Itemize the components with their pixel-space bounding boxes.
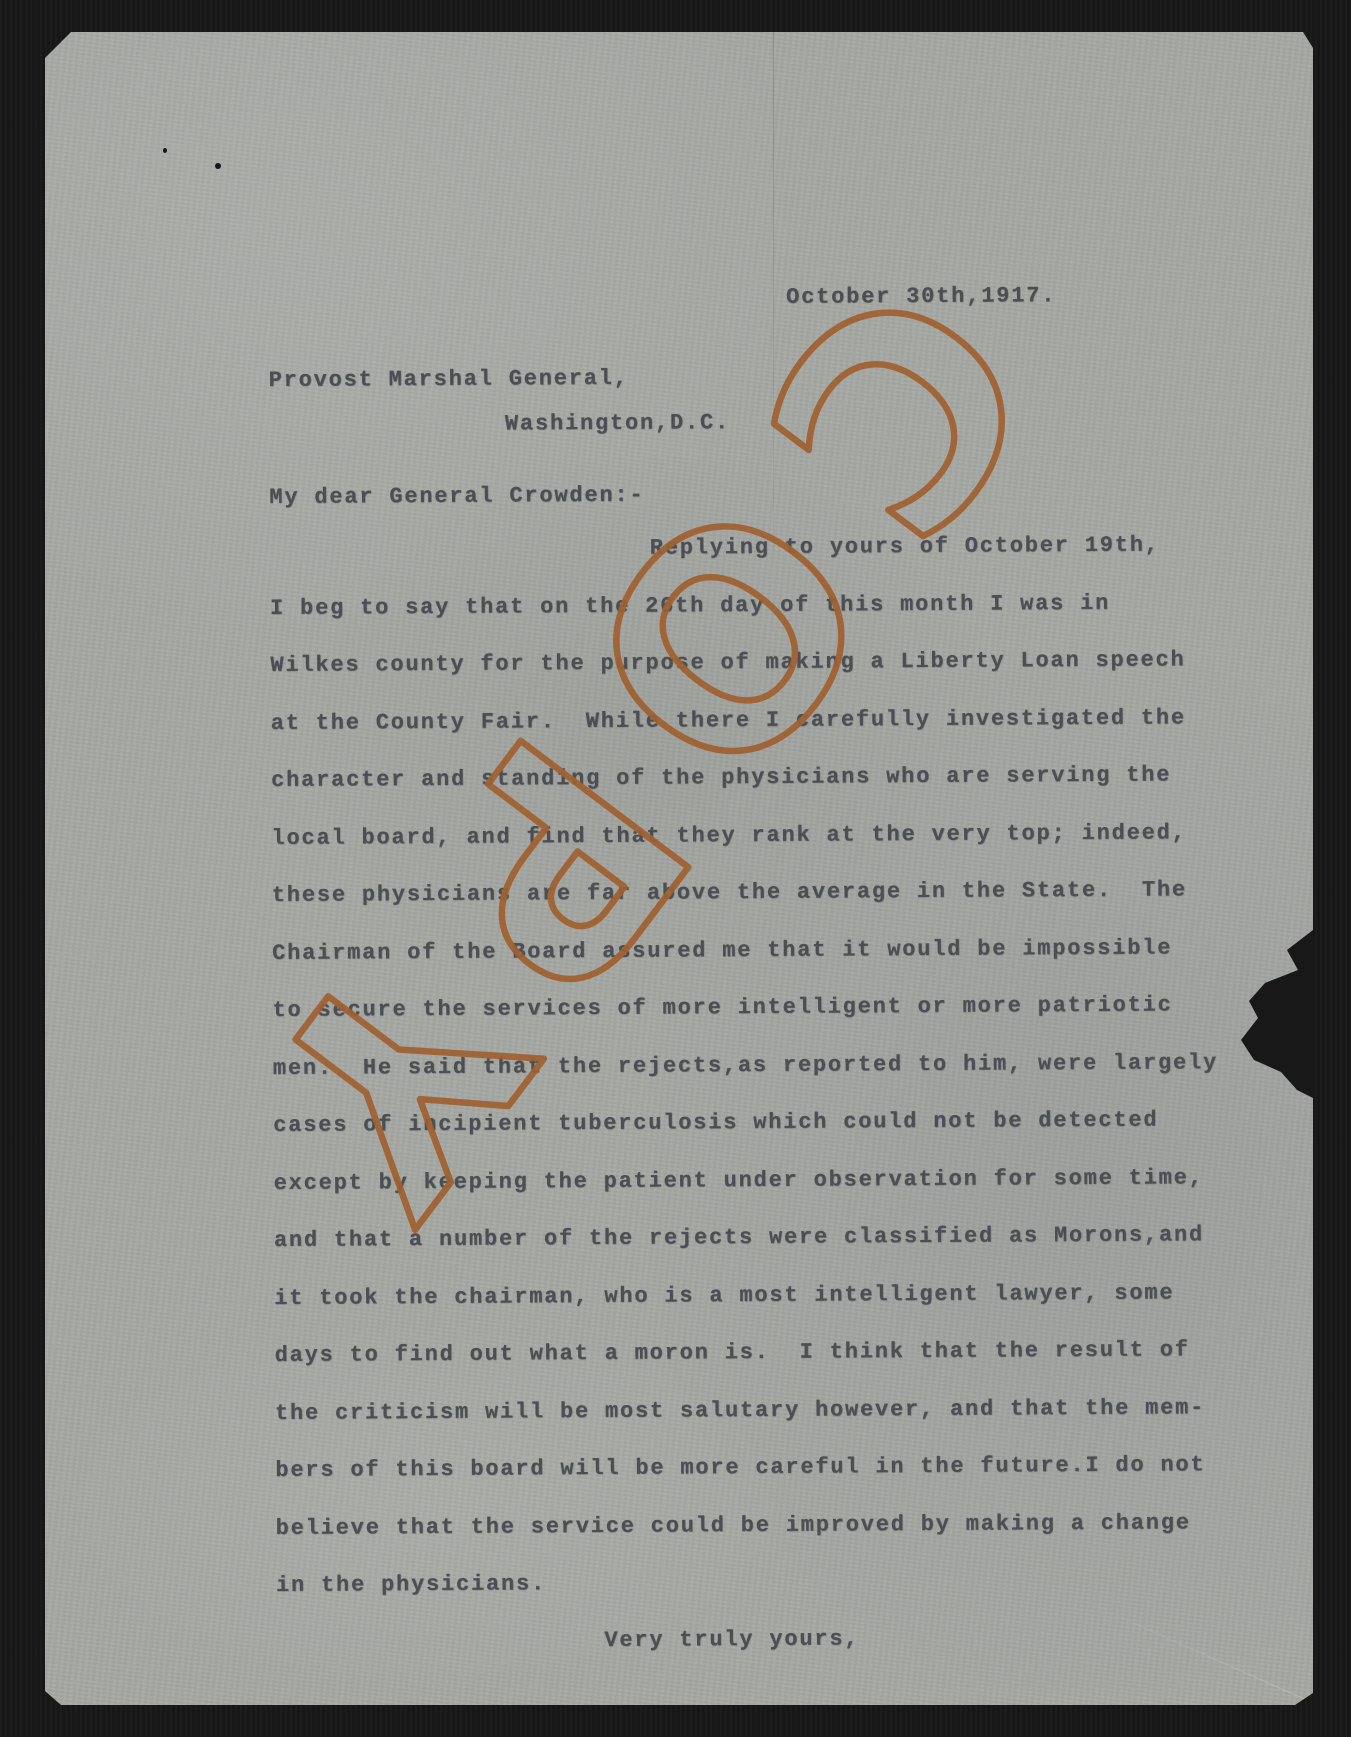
typewritten-text-layer: October 30th,1917. Provost Marshal Gener… (40, 26, 1318, 1707)
letter-date: October 30th,1917. (786, 283, 1056, 310)
body-line: cases of incipient tuberculosis which co… (273, 1091, 1218, 1154)
salutation: My dear General Crowden:- (269, 483, 644, 510)
body-line: these physicians are far above the avera… (272, 861, 1217, 924)
body-line: in the physicians. (276, 1551, 1221, 1614)
body-line: days to find out what a moron is. I thin… (274, 1321, 1219, 1384)
body-line: and that a number of the rejects were cl… (274, 1206, 1219, 1269)
letter-body: Replying to yours of October 19th, I beg… (269, 516, 1221, 1614)
body-line: to secure the services of more intellige… (272, 976, 1217, 1039)
body-line: Wilkes county for the purpose of making … (270, 631, 1215, 694)
letter-closing: Very truly yours, (604, 1626, 859, 1653)
body-line: at the County Fair. While there I carefu… (271, 689, 1216, 752)
body-line: character and standing of the physicians… (271, 746, 1216, 809)
body-line: except by keeping the patient under obse… (273, 1149, 1218, 1212)
recipient-name: Provost Marshal General, (269, 366, 629, 393)
body-line: Replying to yours of October 19th, (269, 516, 1214, 579)
body-line: local board, and find that they rank at … (271, 804, 1216, 867)
recipient-city: Washington,D.C. (505, 410, 730, 436)
body-line: bers of this board will be more careful … (275, 1436, 1220, 1499)
body-line: believe that the service could be improv… (275, 1494, 1220, 1557)
body-line: it took the chairman, who is a most inte… (274, 1264, 1219, 1327)
body-line: Chairman of the Board assured me that it… (272, 919, 1217, 982)
letter-paper: October 30th,1917. Provost Marshal Gener… (45, 32, 1313, 1705)
scanned-letter-page: { "document": { "date": "October 30th,19… (0, 0, 1351, 1737)
body-line: the criticism will be most salutary howe… (275, 1379, 1220, 1442)
body-line: men. He said that the rejects,as reporte… (273, 1034, 1218, 1097)
body-line: I beg to say that on the 26th day of thi… (270, 574, 1215, 637)
